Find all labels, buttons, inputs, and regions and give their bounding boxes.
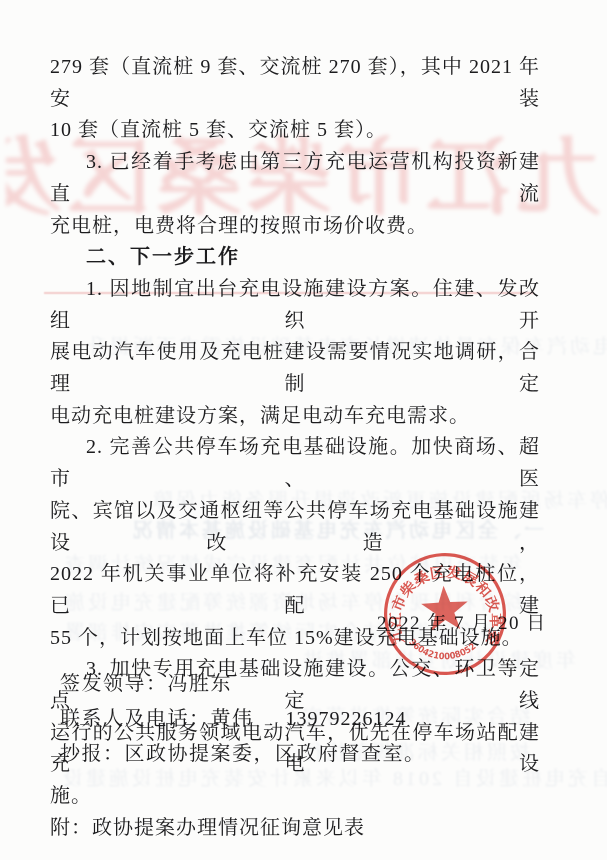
body-line: 2. 完善公共停车场充电基础设施。加快商场、超市、医 [50,432,540,495]
official-seal: 九江市柴桑区发展和改革委员会 3604210008052 [376,545,515,684]
contact-line: 联系人及电话：黄伟13979226124 [60,702,407,731]
attachment-note: 附：政协提案办理情况征询意见表 [50,813,540,845]
star-icon [420,585,469,632]
body-line: 电动充电桩建设方案，满足电动车充电需求。 [50,401,540,433]
seal-code: 3604210008052 [406,634,479,664]
body-line: 3. 已经着手考虑由第三方充电运营机构投资新建直流 [50,147,540,210]
body-line: 施。 [50,781,540,813]
issuer-line: 签发领导：冯胜东 [60,667,232,696]
body-line: 279 套（直流桩 9 套、交流桩 270 套），其中 2021 年安装 [50,52,540,115]
body-line: 展电动汽车使用及充电桩建设需要情况实地调研，合理制定 [50,337,540,400]
contact-label: 联系人及电话：黄伟 [60,708,254,730]
section-heading: 二、下一步工作 [50,242,540,274]
body-line: 充电桩，电费将合理的按照市场价收费。 [50,211,540,243]
contact-phone: 13979226124 [286,708,407,731]
scanned-official-document: 九江市柴桑区发展和改革委员会文件 电动汽车保有量快速增长充电基础设施需求不断提升… [0,0,607,860]
body-line: 1. 因地制宜出台充电设施建设方案。住建、发改组织开 [50,274,540,337]
body-line: 10 套（直流桩 5 套、交流桩 5 套）。 [50,115,540,147]
cc-line: 抄报：区政协提案委，区政府督查室。 [60,737,426,766]
